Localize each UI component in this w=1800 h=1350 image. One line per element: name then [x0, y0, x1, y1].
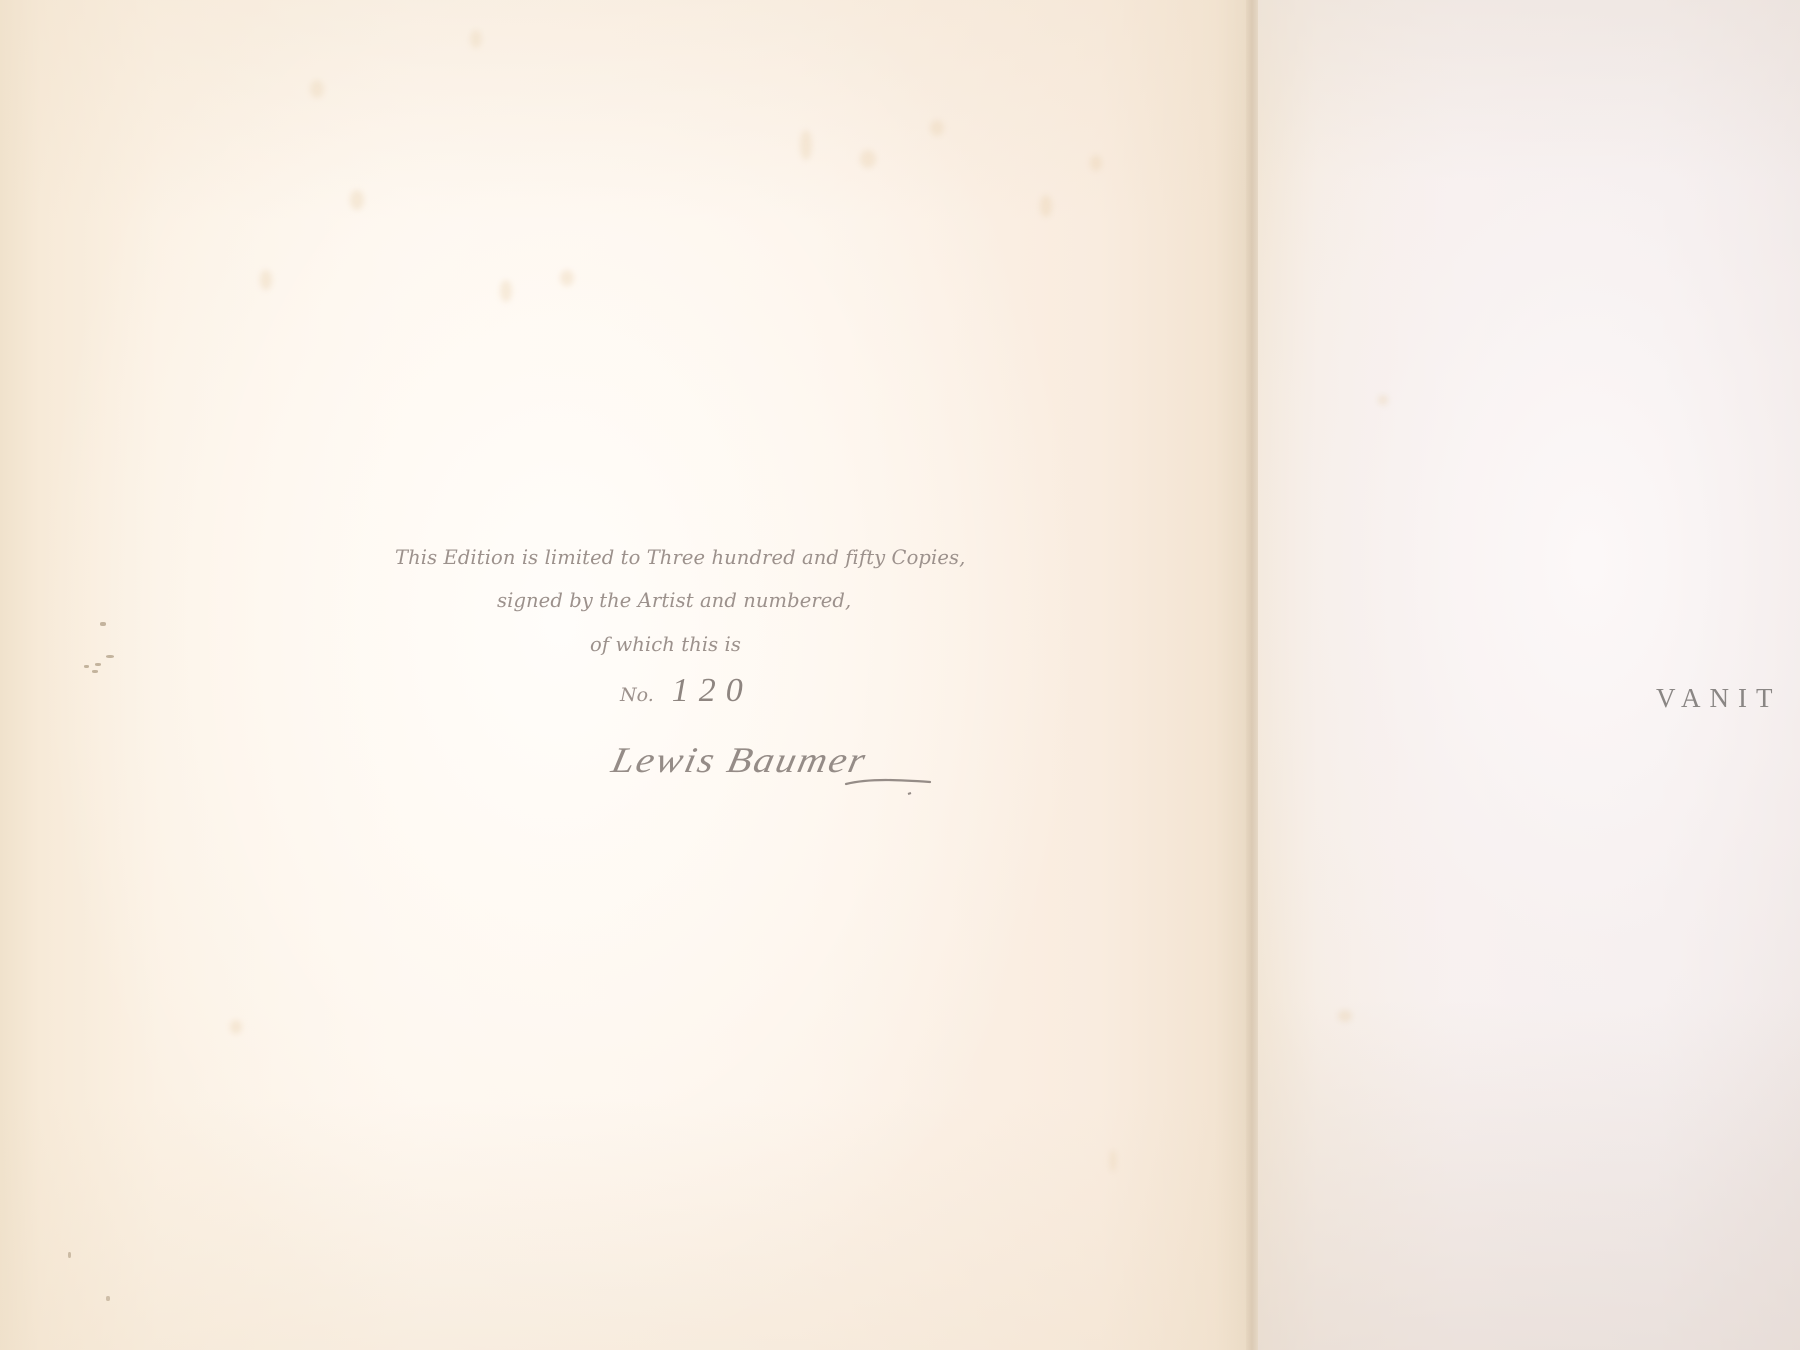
foxing-spot [1090, 155, 1102, 171]
book-spread: This Edition is limited to Three hundred… [0, 0, 1800, 1350]
speck [106, 1296, 110, 1301]
speck [92, 670, 98, 673]
colophon-which-text: of which this is [590, 633, 738, 656]
foxing-spot [1378, 395, 1388, 405]
speck [95, 663, 101, 666]
foxing-spot [1110, 1150, 1116, 1172]
speck [68, 1252, 71, 1258]
foxing-spot [1338, 1010, 1352, 1022]
colophon-limitation-text: This Edition is limited to Three hundred… [395, 546, 948, 569]
foxing-spot [1040, 195, 1052, 217]
foxing-spot [470, 30, 482, 48]
foxing-spot [310, 80, 324, 98]
foxing-spot [560, 270, 574, 286]
foxing-spot [860, 150, 876, 168]
foxing-spot [350, 190, 364, 210]
left-page: This Edition is limited to Three hundred… [0, 0, 1252, 1350]
signature-flourish-icon [608, 732, 938, 798]
foxing-spot [800, 130, 812, 160]
foxing-spot [260, 270, 272, 290]
foxing-spot [500, 280, 512, 302]
artist-signature: Lewis Baumer [608, 732, 938, 798]
speck [106, 655, 114, 658]
speck [84, 665, 89, 668]
speck [100, 622, 106, 626]
number-label: No. [620, 684, 654, 706]
copy-number-row: No. 120 [620, 672, 753, 712]
foxing-spot [930, 120, 944, 136]
right-page [1258, 0, 1800, 1350]
colophon-signed-text: signed by the Artist and numbered, [497, 589, 838, 612]
foxing-spot [230, 1020, 242, 1034]
handwritten-copy-number: 120 [672, 672, 753, 710]
title-page-heading: VANIT [1656, 683, 1782, 714]
